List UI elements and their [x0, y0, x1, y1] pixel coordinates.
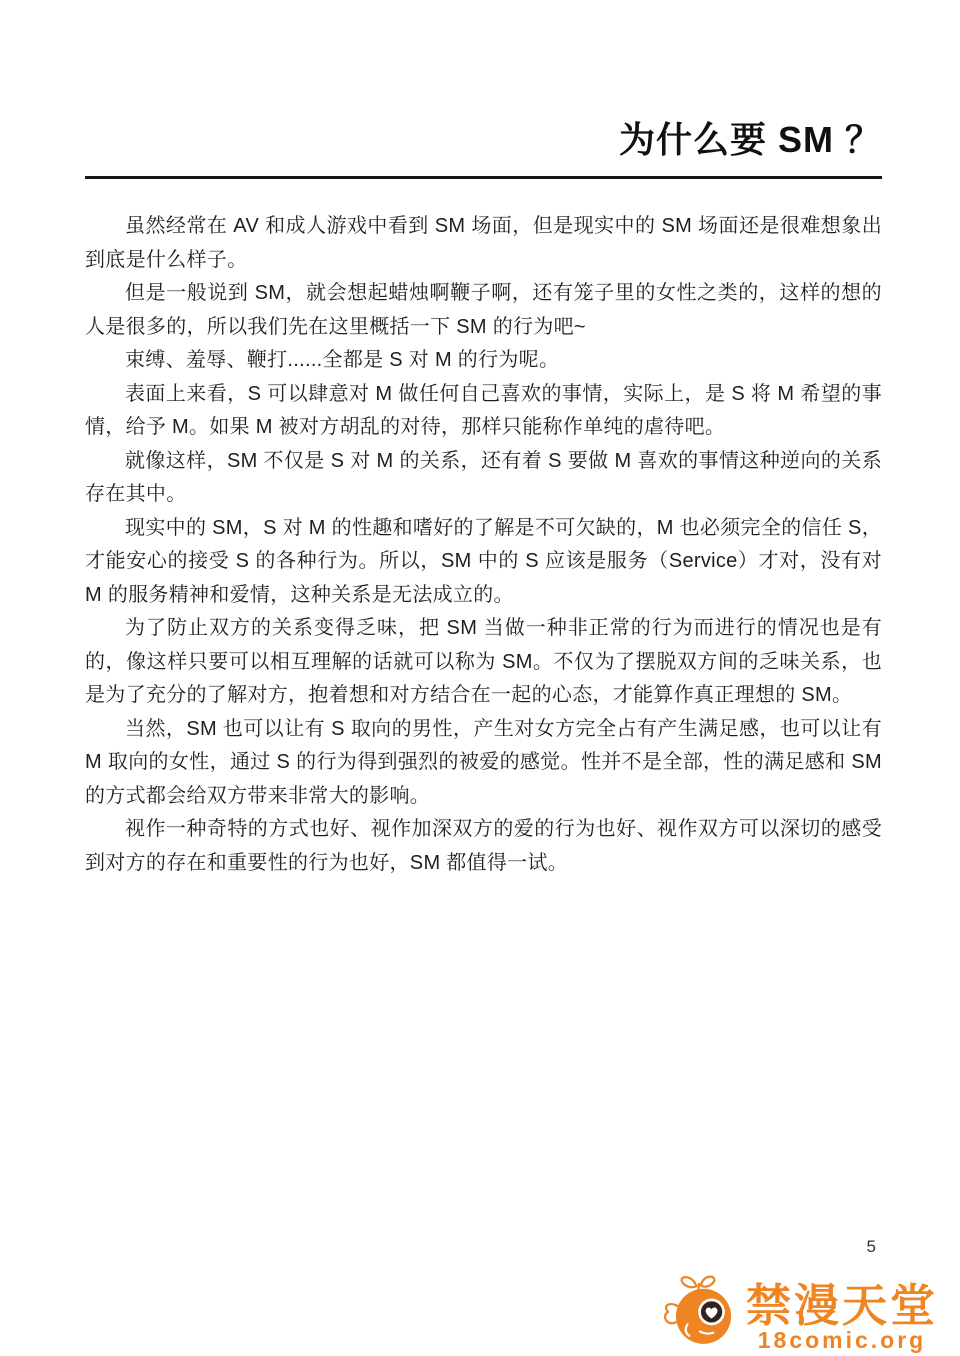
watermark-brand: 禁漫天堂 18comic.org: [746, 1283, 938, 1356]
paragraph: 为了防止双方的关系变得乏味，把 SM 当做一种非正常的行为而进行的情况也是有的，…: [85, 612, 882, 713]
paragraph: 视作一种奇特的方式也好、视作加深双方的爱的行为也好、视作双方可以深切的感受到对方…: [85, 813, 882, 880]
paragraph: 现实中的 SM，S 对 M 的性趣和嗜好的了解是不可欠缺的，M 也必须完全的信任…: [85, 512, 882, 613]
whale-heart-mascot-icon: [660, 1266, 740, 1356]
watermark: 禁漫天堂 18comic.org: [660, 1266, 938, 1356]
paragraph: 但是一般说到 SM，就会想起蜡烛啊鞭子啊，还有笼子里的女性之类的，这样的想的人是…: [85, 277, 882, 344]
watermark-brand-domain: 18comic.org: [758, 1329, 927, 1352]
paragraph: 束缚、羞辱、鞭打......全都是 S 对 M 的行为呢。: [85, 344, 882, 378]
title-divider: [85, 176, 882, 179]
watermark-brand-name: 禁漫天堂: [746, 1283, 938, 1328]
paragraph: 当然，SM 也可以让有 S 取向的男性，产生对女方完全占有产生满足感，也可以让有…: [85, 713, 882, 814]
paragraph: 虽然经常在 AV 和成人游戏中看到 SM 场面，但是现实中的 SM 场面还是很难…: [85, 210, 882, 277]
document-page: 为什么要 SM ？ 虽然经常在 AV 和成人游戏中看到 SM 场面，但是现实中的…: [0, 0, 960, 1356]
page-title: 为什么要 SM ？: [619, 118, 882, 161]
page-number: 5: [867, 1237, 876, 1257]
paragraph: 表面上来看，S 可以肆意对 M 做任何自己喜欢的事情，实际上，是 S 将 M 希…: [85, 378, 882, 445]
body-text: 虽然经常在 AV 和成人游戏中看到 SM 场面，但是现实中的 SM 场面还是很难…: [85, 210, 882, 880]
paragraph: 就像这样，SM 不仅是 S 对 M 的关系，还有着 S 要做 M 喜欢的事情这种…: [85, 445, 882, 512]
